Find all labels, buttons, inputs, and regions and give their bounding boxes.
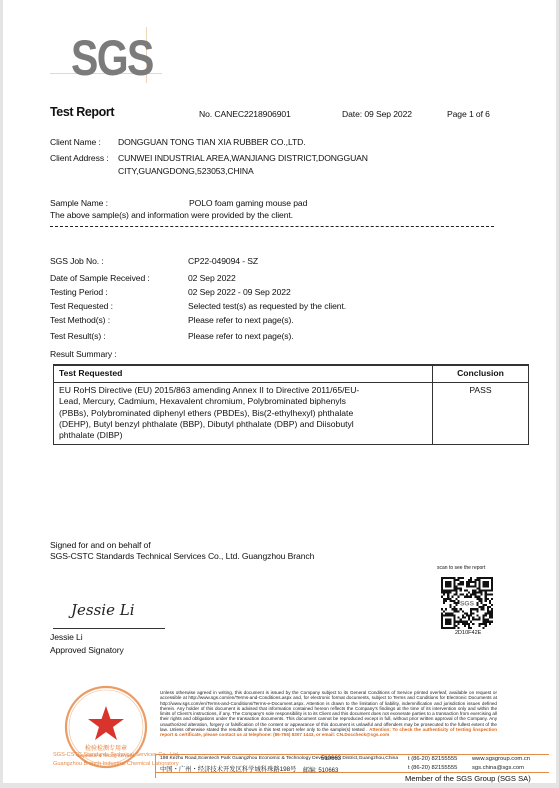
legal-disclaimer: Unless otherwise agreed in writing, this… xyxy=(160,690,497,738)
test-line: phthalate (DIBP) xyxy=(59,430,427,441)
job-field-label: SGS Job No. : xyxy=(50,256,104,266)
client-name-label: Client Name : xyxy=(50,137,101,147)
table-header-row: Test Requested Conclusion xyxy=(54,365,529,383)
report-title: Test Report xyxy=(50,105,114,119)
footer-address-en: 198 Kezhu Road,Scientech Park Guangzhou … xyxy=(160,756,398,761)
job-field-label: Test Method(s) : xyxy=(50,315,110,325)
job-field-value: Please refer to next page(s). xyxy=(188,331,294,341)
test-line: (PBBs), Polybrominated diphenyl ethers (… xyxy=(59,408,427,419)
star-icon xyxy=(88,706,124,740)
client-address-line2: CITY,GUANGDONG,523053,CHINA xyxy=(118,166,254,176)
sample-note: The above sample(s) and information were… xyxy=(50,210,293,220)
job-field-value: Selected test(s) as requested by the cli… xyxy=(188,301,346,311)
signing-company: SGS-CSTC Standards Technical Services Co… xyxy=(50,551,314,561)
footer-postcode-cn: 邮编: 510663 xyxy=(303,765,338,774)
client-address-line1: CUNWEI INDUSTRIAL AREA,WANJIANG DISTRICT… xyxy=(118,153,368,163)
client-address-label: Client Address : xyxy=(50,153,109,163)
job-field-value: 02 Sep 2022 xyxy=(188,273,236,283)
job-field-label: Date of Sample Received : xyxy=(50,273,150,283)
job-field-value: 02 Sep 2022 - 09 Sep 2022 xyxy=(188,287,291,297)
test-requested-cell: EU RoHS Directive (EU) 2015/863 amending… xyxy=(54,383,433,445)
document-page: SGS Test Report No. CANEC2218906901 Date… xyxy=(3,0,556,783)
result-summary-table: Test Requested Conclusion EU RoHS Direct… xyxy=(53,364,529,445)
page-indicator: Page 1 of 6 xyxy=(447,109,490,119)
conclusion-cell: PASS xyxy=(433,383,529,445)
footer-phone-2: t (86-20) 82155555 xyxy=(408,765,457,771)
sample-name-value: POLO foam gaming mouse pad xyxy=(189,198,307,208)
column-header-conclusion: Conclusion xyxy=(433,365,529,383)
footer-phone-1: t (86-20) 82155555 xyxy=(408,756,457,762)
qr-code-icon[interactable]: SGS xyxy=(441,577,493,629)
job-field-value: CP22-049094 - SZ xyxy=(188,256,258,266)
job-field-value: Please refer to next page(s). xyxy=(188,315,294,325)
signature-line xyxy=(53,628,165,629)
job-field-label: Test Requested : xyxy=(50,301,113,311)
column-header-test-requested: Test Requested xyxy=(54,365,433,383)
test-line: EU RoHS Directive (EU) 2015/863 amending… xyxy=(59,385,427,396)
report-number: No. CANEC2218906901 xyxy=(199,109,291,119)
svg-text:SGS: SGS xyxy=(460,600,475,607)
footer-divider xyxy=(155,754,549,755)
qr-code-id: 2D10F42E xyxy=(455,630,481,636)
signatory-name: Jessie Li xyxy=(50,632,83,642)
legal-body: Unless otherwise agreed in writing, this… xyxy=(160,690,497,732)
footer-divider-vertical xyxy=(155,754,156,778)
footer-postcode-en: 510663 xyxy=(321,756,341,762)
sgs-group-member-note: Member of the SGS Group (SGS SA) xyxy=(405,774,531,783)
footer-address-cn: 中国・广州・经济技术开发区科学城科珠路198号 xyxy=(160,764,296,773)
sample-name-label: Sample Name : xyxy=(50,198,108,208)
signature-image: Jessie Li xyxy=(71,601,135,619)
result-summary-label: Result Summary : xyxy=(50,349,117,359)
signatory-title: Approved Signatory xyxy=(50,645,124,655)
svg-text:检验检测专用章: 检验检测专用章 xyxy=(85,744,127,752)
qr-caption: scan to see the report xyxy=(437,565,485,571)
job-field-label: Testing Period : xyxy=(50,287,108,297)
client-name-value: DONGGUAN TONG TIAN XIA RUBBER CO.,LTD. xyxy=(118,137,306,147)
test-line: Lead, Mercury, Cadmium, Hexavalent chrom… xyxy=(59,396,427,407)
dashed-divider xyxy=(50,226,494,227)
footer-email[interactable]: sgs.china@sgs.com xyxy=(472,765,524,771)
job-field-label: Test Result(s) : xyxy=(50,331,106,341)
footer-website[interactable]: www.sgsgroup.com.cn xyxy=(472,756,530,762)
logo-text: SGS xyxy=(71,33,153,83)
test-line: (DEHP), Butyl benzyl phthalate (BBP), Di… xyxy=(59,419,427,430)
report-date: Date: 09 Sep 2022 xyxy=(342,109,412,119)
sgs-logo: SGS xyxy=(50,27,162,83)
signed-on-behalf-label: Signed for and on behalf of xyxy=(50,540,151,550)
table-row: EU RoHS Directive (EU) 2015/863 amending… xyxy=(54,383,529,445)
